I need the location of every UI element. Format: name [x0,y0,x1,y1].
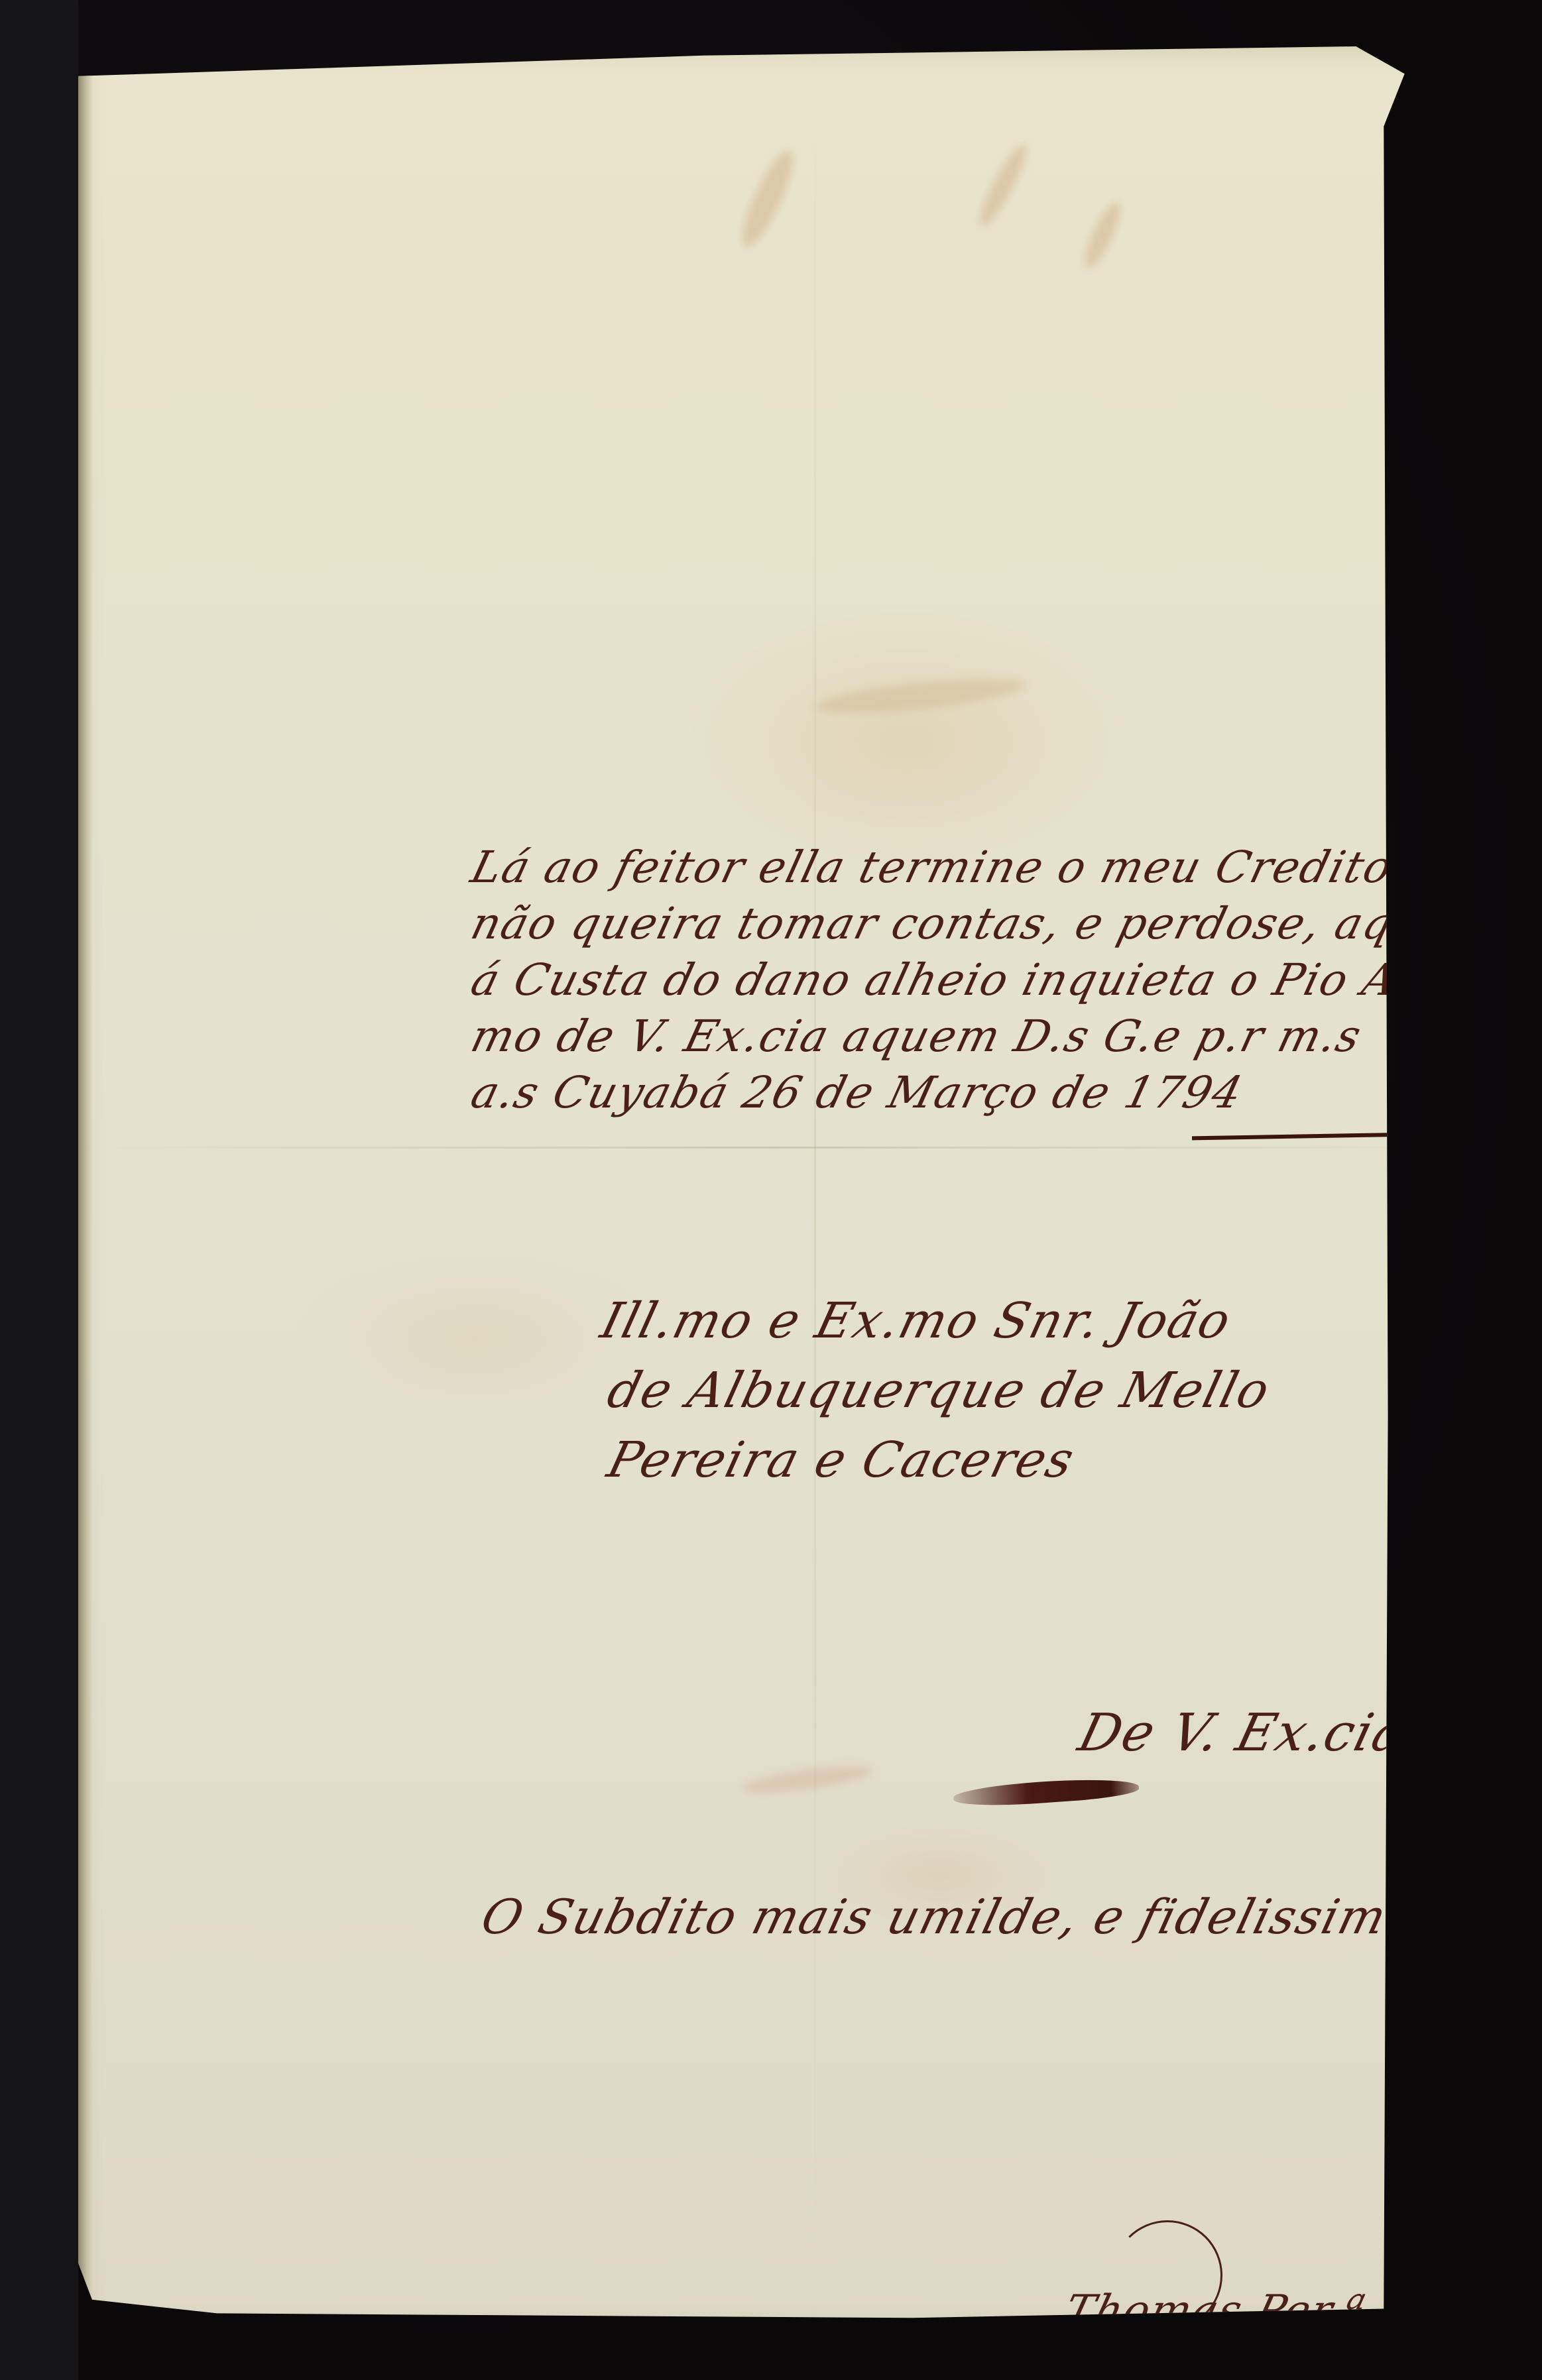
date-underline [1192,1131,1523,1141]
ink-stain [741,1760,874,1799]
fold-line-vertical [814,46,816,2332]
salutation-flourish [953,1775,1140,1809]
closing-phrase: O Subdito mais umilde, e fidelissimo C. [476,1889,1492,1945]
salutation: De V. Ex.cia [1073,1703,1413,1763]
letter-body-line-2: não queira tomar contas, e perdose, aque… [466,898,1499,949]
date-line-text: a.s Cuyabá 26 de Março de 1794 [466,1067,1248,1118]
ink-stain [813,671,1027,720]
signature-flourish [1112,2220,1222,2330]
scan-left-edge [0,0,78,2380]
ink-stain [733,145,802,253]
signature: Thomas Per.ª Jorge [1059,2287,1507,2336]
scan-background: Lá ao feitor ella termine o meu Credito,… [0,0,1542,2380]
letter-date-line: a.s Cuyabá 26 de Março de 1794 [466,1067,1248,1118]
addressee-line-1: Ill.mo e Ex.mo Snr. João [595,1292,1237,1349]
letter-body-line-1: Lá ao feitor ella termine o meu Credito,… [466,842,1542,893]
addressee-line-3: Pereira e Caceres [602,1432,1081,1489]
letter-body-line-4: mo de V. Ex.cia aquem D.s G.e p.r m.s [466,1011,1367,1062]
ink-stain [973,140,1034,231]
letter-body-line-3: á Custa do dano alheio inquieta o Pio An… [466,954,1447,1005]
ink-stain [1078,198,1127,272]
manuscript-page: Lá ao feitor ella termine o meu Credito,… [78,46,1467,2332]
fold-line [78,1147,1467,1149]
addressee-line-2: de Albuquerque de Mello [602,1362,1276,1419]
